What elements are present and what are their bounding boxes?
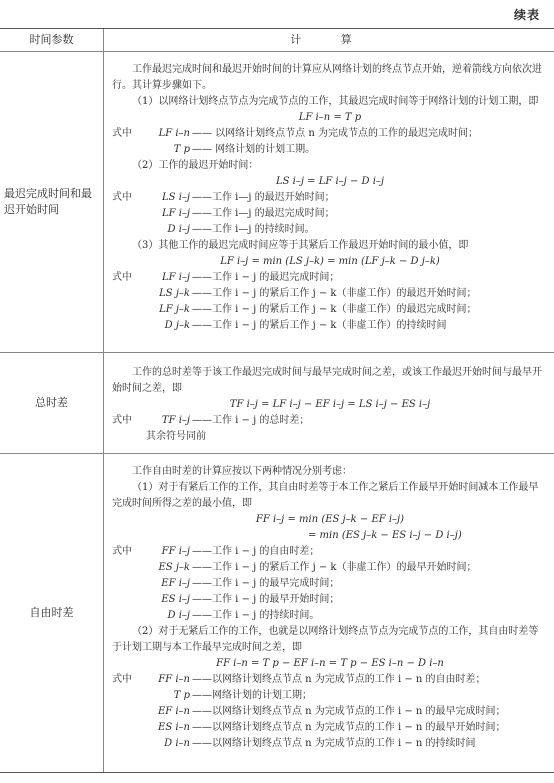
definition-text: ——网络计划的计划工期； xyxy=(192,688,548,704)
symbol-definition: EF i–n——以网络计划终点节点 n 为完成节点的工作 i − n 的最早完成… xyxy=(112,704,548,720)
definition-prefix xyxy=(112,206,146,222)
formula: FF i–j = min (ES j–k − EF i–j) xyxy=(112,512,548,528)
paragraph: 工作的总时差等于该工作最迟完成时间与最早完成时间之差，或该工作最迟开始时间与最早… xyxy=(112,365,548,397)
definition-text: ——工作 i—j 的最迟完成时间； xyxy=(192,206,548,222)
row-param-label: 自由时差 xyxy=(0,454,104,772)
paragraph: 工作最迟完成时间和最迟开始时间的计算应从网络计划的终点节点开始，逆着箭线方向依次… xyxy=(112,62,548,94)
symbol: FF i–n xyxy=(146,672,192,688)
header-time-parameter: 时间参数 xyxy=(0,29,104,51)
row-calculation: 工作自由时差的计算应按以下两种情况分别考虑：（1）对于有紧后工作的工作，其自由时… xyxy=(104,454,554,772)
definition-prefix xyxy=(112,222,146,238)
symbol: T p xyxy=(146,142,192,158)
table-row: 总时差 工作的总时差等于该工作最迟完成时间与最早完成时间之差，或该工作最迟开始时… xyxy=(0,353,554,454)
paragraph: （1）以网络计划终点节点为完成节点的工作，其最迟完成时间等于网络计划的计划工期，… xyxy=(112,94,548,110)
row-param-label: 总时差 xyxy=(0,353,104,453)
row-calculation: 工作的总时差等于该工作最迟完成时间与最早完成时间之差，或该工作最迟开始时间与最早… xyxy=(104,353,554,453)
definition-prefix xyxy=(112,592,146,608)
definition-prefix xyxy=(112,704,146,720)
symbol-definition: LF j–k——工作 i − j 的紧后工作 j − k（非虚工作）的最迟完成时… xyxy=(112,302,548,318)
symbol-definition: 式中FF i–j——工作 i − j 的自由时差； xyxy=(112,544,548,560)
symbol: D i–j xyxy=(146,222,192,238)
symbol: LF j–k xyxy=(146,302,192,318)
definition-text: ——工作 i − j 的最早完成时间； xyxy=(192,576,548,592)
definition-prefix xyxy=(112,608,146,624)
definition-text: ——工作 i − j 的紧后工作 j − k（非虚工作）的最早开始时间； xyxy=(192,560,548,576)
definition-prefix: 式中 xyxy=(112,672,146,688)
symbol: D i–n xyxy=(146,736,192,752)
table-row: 自由时差 工作自由时差的计算应按以下两种情况分别考虑：（1）对于有紧后工作的工作… xyxy=(0,454,554,772)
definition-prefix xyxy=(112,688,146,704)
formula: TF i–j = LF i–j − EF i–j = LS i–j − ES i… xyxy=(112,397,548,413)
paragraph: （3）其他工作的最迟完成时间应等于其紧后工作最迟开始时间的最小值，即 xyxy=(112,238,548,254)
symbol-definition: ES j–k——工作 i − j 的紧后工作 j − k（非虚工作）的最早开始时… xyxy=(112,560,548,576)
definition-prefix xyxy=(112,560,146,576)
definition-text: ——工作 i − j 的总时差； xyxy=(192,413,548,429)
header-calculation: 计 算 xyxy=(104,29,554,51)
definition-prefix xyxy=(112,142,146,158)
paragraph: （2）对于无紧后工作的工作，也就是以网络计划终点节点为完成节点的工作，其自由时差… xyxy=(112,624,548,656)
symbol: ES i–j xyxy=(146,592,192,608)
definition-text: ——工作 i − j 的紧后工作 j − k（非虚工作）的最迟完成时间； xyxy=(192,302,548,318)
time-parameter-table: 时间参数 计 算 最迟完成时间和最迟开始时间 工作最迟完成时间和最迟开始时间的计… xyxy=(0,28,554,773)
formula: LF i–j = min (LS j–k) = min (LF j–k − D … xyxy=(112,254,548,270)
symbol-definition: EF i–j——工作 i − j 的最早完成时间； xyxy=(112,576,548,592)
formula: LS i–j = LF i–j − D i–j xyxy=(112,174,548,190)
definition-prefix xyxy=(112,302,146,318)
table-row: 最迟完成时间和最迟开始时间 工作最迟完成时间和最迟开始时间的计算应从网络计划的终… xyxy=(0,52,554,353)
symbol-definition: T p—— 网络计划的计划工期。 xyxy=(112,142,548,158)
definition-text: ——工作 i—j 的最迟开始时间； xyxy=(192,190,548,206)
symbol: LS j–k xyxy=(146,286,192,302)
definition-text: ——工作 i − j 的持续时间。 xyxy=(192,608,548,624)
definition-text: ——工作 i − j 的紧后工作 j − k（非虚工作）的持续时间 xyxy=(192,318,548,334)
symbol: LF i–j xyxy=(146,206,192,222)
symbol: T p xyxy=(146,688,192,704)
definition-prefix: 式中 xyxy=(112,190,146,206)
paragraph: 工作自由时差的计算应按以下两种情况分别考虑： xyxy=(112,464,548,480)
formula: LF i–n = T p xyxy=(112,110,548,126)
symbol: ES j–k xyxy=(146,560,192,576)
symbol: LS i–j xyxy=(146,190,192,206)
symbol-definition: LS j–k——工作 i − j 的紧后工作 j − k（非虚工作）的最迟开始时… xyxy=(112,286,548,302)
symbol: EF i–j xyxy=(146,576,192,592)
symbol-definition: 式中FF i–n——以网络计划终点节点 n 为完成节点的工作 i − n 的自由… xyxy=(112,672,548,688)
definition-text: ——以网络计划终点节点 n 为完成节点的工作 i − n 的持续时间 xyxy=(192,736,548,752)
symbol: D j–k xyxy=(146,318,192,334)
symbol: LF i–j xyxy=(146,270,192,286)
note: 其余符号同前 xyxy=(146,429,548,445)
row-param-label: 最迟完成时间和最迟开始时间 xyxy=(0,52,104,352)
definition-prefix: 式中 xyxy=(112,270,146,286)
symbol-definition: D i–j——工作 i − j 的持续时间。 xyxy=(112,608,548,624)
definition-text: ——工作 i − j 的紧后工作 j − k（非虚工作）的最迟开始时间； xyxy=(192,286,548,302)
symbol: TF i–j xyxy=(146,413,192,429)
definition-text: ——工作 i − j 的最早开始时间； xyxy=(192,592,548,608)
symbol: ES i–n xyxy=(146,720,192,736)
symbol: D i–j xyxy=(146,608,192,624)
paragraph: （2）工作的最迟开始时间： xyxy=(112,158,548,174)
definition-prefix: 式中 xyxy=(112,126,146,142)
definition-prefix xyxy=(112,720,146,736)
definition-text: ——工作 i − j 的自由时差； xyxy=(192,544,548,560)
symbol-definition: LF i–j——工作 i—j 的最迟完成时间； xyxy=(112,206,548,222)
symbol-definition: 式中LF i–j——工作 i − j 的最迟完成时间； xyxy=(112,270,548,286)
symbol-definition: 式中TF i–j——工作 i − j 的总时差； xyxy=(112,413,548,429)
symbol-definition: D i–j——工作 i—j 的持续时间。 xyxy=(112,222,548,238)
definition-prefix xyxy=(112,736,146,752)
definition-text: ——以网络计划终点节点 n 为完成节点的工作 i − n 的自由时差； xyxy=(192,672,548,688)
symbol-definition: 式中LS i–j——工作 i—j 的最迟开始时间； xyxy=(112,190,548,206)
definition-prefix xyxy=(112,286,146,302)
symbol: FF i–j xyxy=(146,544,192,560)
symbol-definition: D j–k——工作 i − j 的紧后工作 j − k（非虚工作）的持续时间 xyxy=(112,318,548,334)
symbol-definition: 式中LF i–n—— 以网络计划终点节点 n 为完成节点的工作的最迟完成时间； xyxy=(112,126,548,142)
row-calculation: 工作最迟完成时间和最迟开始时间的计算应从网络计划的终点节点开始，逆着箭线方向依次… xyxy=(104,52,554,352)
formula: FF i–n = T p − EF i–n = T p − ES i–n − D… xyxy=(112,656,548,672)
paragraph: （1）对于有紧后工作的工作，其自由时差等于本工作之紧后工作最早开始时间减本工作最… xyxy=(112,480,548,512)
symbol: LF i–n xyxy=(146,126,192,142)
symbol-definition: ES i–n——以网络计划终点节点 n 为完成节点的工作 i − n 的最早开始… xyxy=(112,720,548,736)
definition-text: ——以网络计划终点节点 n 为完成节点的工作 i − n 的最早完成时间； xyxy=(192,704,548,720)
formula: = min (ES j–k − ES i–j − D i–j) xyxy=(308,528,548,544)
symbol-definition: D i–n——以网络计划终点节点 n 为完成节点的工作 i − n 的持续时间 xyxy=(112,736,548,752)
definition-prefix: 式中 xyxy=(112,544,146,560)
definition-text: ——工作 i—j 的持续时间。 xyxy=(192,222,548,238)
definition-text: —— 以网络计划终点节点 n 为完成节点的工作的最迟完成时间； xyxy=(192,126,548,142)
definition-prefix xyxy=(112,576,146,592)
symbol: EF i–n xyxy=(146,704,192,720)
definition-prefix xyxy=(112,318,146,334)
continued-label: 续表 xyxy=(514,6,540,23)
symbol-definition: ES i–j——工作 i − j 的最早开始时间； xyxy=(112,592,548,608)
table-header-row: 时间参数 计 算 xyxy=(0,29,554,52)
definition-prefix: 式中 xyxy=(112,413,146,429)
definition-text: ——工作 i − j 的最迟完成时间； xyxy=(192,270,548,286)
definition-text: ——以网络计划终点节点 n 为完成节点的工作 i − n 的最早开始时间； xyxy=(192,720,548,736)
definition-text: —— 网络计划的计划工期。 xyxy=(192,142,548,158)
symbol-definition: T p——网络计划的计划工期； xyxy=(112,688,548,704)
